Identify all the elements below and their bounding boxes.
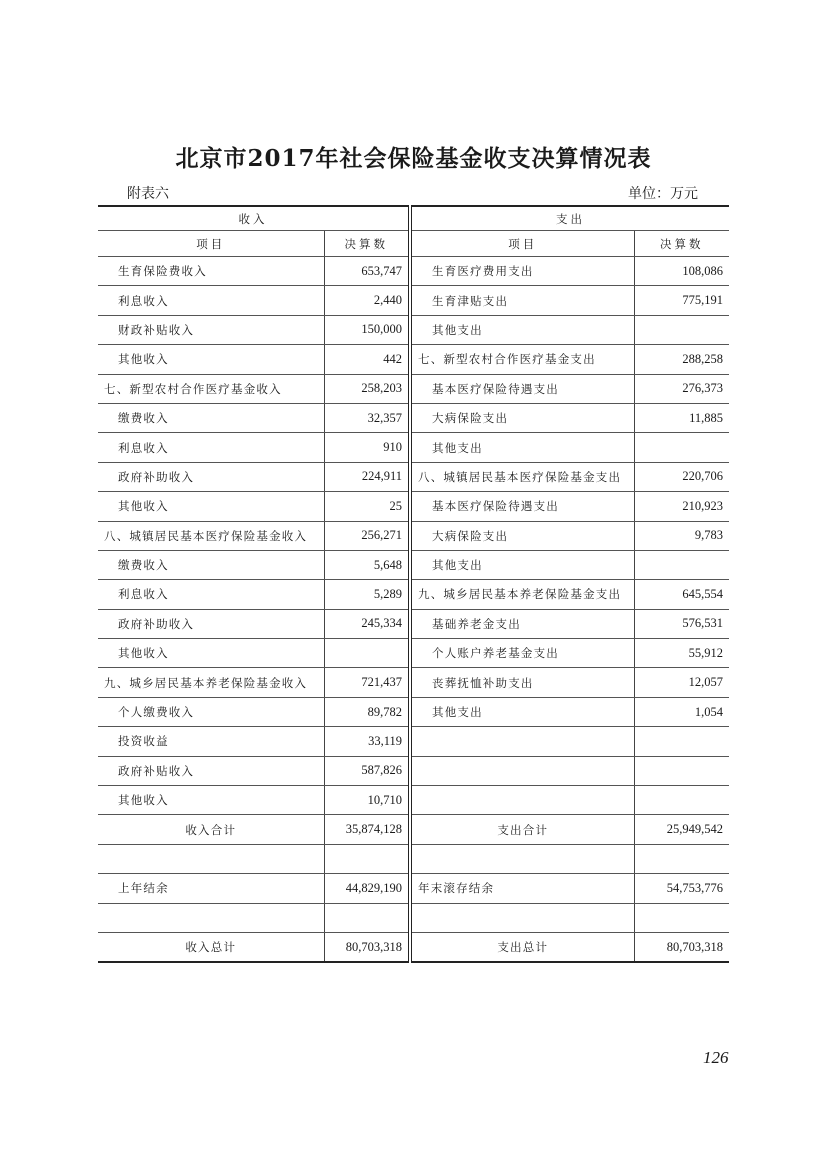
table-row: 政府补贴收入587,826	[98, 756, 729, 785]
page-number: 126	[703, 1048, 729, 1068]
income-item: 个人缴费收入	[98, 697, 324, 726]
table-row: 缴费收入5,648其他支出	[98, 550, 729, 579]
expense-item: 个人账户养老基金支出	[410, 639, 634, 668]
income-amount: 2,440	[324, 286, 410, 315]
unit-label: 单位：万元	[628, 183, 698, 203]
expense-item: 其他支出	[410, 697, 634, 726]
expense-amount: 11,885	[634, 403, 729, 432]
expense-item	[410, 727, 634, 756]
income-item: 上年结余	[98, 874, 324, 903]
income-amount: 587,826	[324, 756, 410, 785]
income-header: 收入	[98, 206, 410, 231]
income-item: 七、新型农村合作医疗基金收入	[98, 374, 324, 403]
income-amount: 80,703,318	[324, 932, 410, 962]
table-row: 八、城镇居民基本医疗保险基金收入256,271大病保险支出9,783	[98, 521, 729, 550]
income-amount: 258,203	[324, 374, 410, 403]
expense-item: 基本医疗保险待遇支出	[410, 374, 634, 403]
expense-item	[410, 786, 634, 815]
table-row: 其他收入25基本医疗保险待遇支出210,923	[98, 492, 729, 521]
income-amount	[324, 903, 410, 932]
expense-item	[410, 903, 634, 932]
income-item: 其他收入	[98, 492, 324, 521]
table-row: 上年结余44,829,190年末滚存结余54,753,776	[98, 874, 729, 903]
expense-item: 生育医疗费用支出	[410, 257, 634, 286]
expense-header: 支出	[410, 206, 729, 231]
expense-amount	[634, 315, 729, 344]
expense-item: 七、新型农村合作医疗基金支出	[410, 345, 634, 374]
expense-item	[410, 756, 634, 785]
income-item-header: 项目	[98, 231, 324, 257]
expense-amount: 9,783	[634, 521, 729, 550]
appendix-label: 附表六	[127, 183, 169, 203]
income-amount: 33,119	[324, 727, 410, 756]
fund-table: 收入 支出 项目 决算数 项目 决算数 生育保险费收入653,747生育医疗费用…	[98, 205, 729, 963]
income-amount: 224,911	[324, 462, 410, 491]
expense-amount	[634, 727, 729, 756]
table-row: 收入总计80,703,318支出总计80,703,318	[98, 932, 729, 962]
expense-amount	[634, 903, 729, 932]
expense-item: 支出总计	[410, 932, 634, 962]
income-amount: 89,782	[324, 697, 410, 726]
expense-amount	[634, 844, 729, 873]
expense-amount: 1,054	[634, 697, 729, 726]
expense-amount: 276,373	[634, 374, 729, 403]
income-item	[98, 844, 324, 873]
income-amount: 35,874,128	[324, 815, 410, 844]
expense-amount: 25,949,542	[634, 815, 729, 844]
table-row: 政府补助收入245,334基础养老金支出576,531	[98, 609, 729, 638]
income-amount: 44,829,190	[324, 874, 410, 903]
income-item: 其他收入	[98, 786, 324, 815]
expense-item	[410, 844, 634, 873]
income-amount: 10,710	[324, 786, 410, 815]
expense-item: 其他支出	[410, 433, 634, 462]
expense-amount-header: 决算数	[634, 231, 729, 257]
table-row	[98, 844, 729, 873]
expense-item: 大病保险支出	[410, 403, 634, 432]
expense-item: 年末滚存结余	[410, 874, 634, 903]
income-amount: 5,289	[324, 580, 410, 609]
expense-item: 基础养老金支出	[410, 609, 634, 638]
income-amount: 721,437	[324, 668, 410, 697]
income-item: 政府补助收入	[98, 462, 324, 491]
expense-amount: 775,191	[634, 286, 729, 315]
expense-amount: 80,703,318	[634, 932, 729, 962]
income-amount-header: 决算数	[324, 231, 410, 257]
table-row: 财政补贴收入150,000其他支出	[98, 315, 729, 344]
income-item: 收入总计	[98, 932, 324, 962]
column-header-row: 项目 决算数 项目 决算数	[98, 231, 729, 257]
income-item: 缴费收入	[98, 550, 324, 579]
table-row: 其他收入10,710	[98, 786, 729, 815]
expense-amount: 210,923	[634, 492, 729, 521]
income-item: 利息收入	[98, 433, 324, 462]
section-header-row: 收入 支出	[98, 206, 729, 231]
income-amount: 256,271	[324, 521, 410, 550]
expense-amount: 12,057	[634, 668, 729, 697]
expense-item: 丧葬抚恤补助支出	[410, 668, 634, 697]
expense-item: 支出合计	[410, 815, 634, 844]
expense-amount: 576,531	[634, 609, 729, 638]
expense-item: 八、城镇居民基本医疗保险基金支出	[410, 462, 634, 491]
income-item: 财政补贴收入	[98, 315, 324, 344]
table-row: 其他收入442七、新型农村合作医疗基金支出288,258	[98, 345, 729, 374]
table-row: 生育保险费收入653,747生育医疗费用支出108,086	[98, 257, 729, 286]
expense-amount	[634, 433, 729, 462]
expense-amount: 220,706	[634, 462, 729, 491]
expense-amount: 108,086	[634, 257, 729, 286]
table-row: 七、新型农村合作医疗基金收入258,203基本医疗保险待遇支出276,373	[98, 374, 729, 403]
table-row: 政府补助收入224,911八、城镇居民基本医疗保险基金支出220,706	[98, 462, 729, 491]
income-item: 其他收入	[98, 639, 324, 668]
table-row: 缴费收入32,357大病保险支出11,885	[98, 403, 729, 432]
income-amount	[324, 639, 410, 668]
income-item	[98, 903, 324, 932]
income-amount: 25	[324, 492, 410, 521]
expense-item-header: 项目	[410, 231, 634, 257]
expense-item: 九、城乡居民基本养老保险基金支出	[410, 580, 634, 609]
income-amount: 653,747	[324, 257, 410, 286]
income-item: 投资收益	[98, 727, 324, 756]
income-amount: 910	[324, 433, 410, 462]
expense-amount: 54,753,776	[634, 874, 729, 903]
expense-item: 生育津贴支出	[410, 286, 634, 315]
income-amount: 442	[324, 345, 410, 374]
table-row: 九、城乡居民基本养老保险基金收入721,437丧葬抚恤补助支出12,057	[98, 668, 729, 697]
income-amount	[324, 844, 410, 873]
table-row: 收入合计35,874,128支出合计25,949,542	[98, 815, 729, 844]
document-title: 北京市2017年社会保险基金收支决算情况表	[0, 140, 827, 173]
income-item: 利息收入	[98, 286, 324, 315]
income-item: 政府补助收入	[98, 609, 324, 638]
income-amount: 150,000	[324, 315, 410, 344]
expense-amount: 288,258	[634, 345, 729, 374]
table-row: 投资收益33,119	[98, 727, 729, 756]
expense-item: 其他支出	[410, 550, 634, 579]
expense-item: 其他支出	[410, 315, 634, 344]
expense-amount	[634, 786, 729, 815]
expense-amount	[634, 756, 729, 785]
table-row: 利息收入910其他支出	[98, 433, 729, 462]
expense-amount: 55,912	[634, 639, 729, 668]
expense-item: 基本医疗保险待遇支出	[410, 492, 634, 521]
income-item: 生育保险费收入	[98, 257, 324, 286]
income-item: 利息收入	[98, 580, 324, 609]
expense-amount: 645,554	[634, 580, 729, 609]
table-row: 利息收入5,289九、城乡居民基本养老保险基金支出645,554	[98, 580, 729, 609]
income-amount: 245,334	[324, 609, 410, 638]
expense-amount	[634, 550, 729, 579]
table-row: 其他收入个人账户养老基金支出55,912	[98, 639, 729, 668]
table-row	[98, 903, 729, 932]
table-row: 个人缴费收入89,782其他支出1,054	[98, 697, 729, 726]
income-amount: 32,357	[324, 403, 410, 432]
income-item: 缴费收入	[98, 403, 324, 432]
income-item: 八、城镇居民基本医疗保险基金收入	[98, 521, 324, 550]
income-item: 九、城乡居民基本养老保险基金收入	[98, 668, 324, 697]
expense-item: 大病保险支出	[410, 521, 634, 550]
income-item: 其他收入	[98, 345, 324, 374]
income-item: 收入合计	[98, 815, 324, 844]
table-row: 利息收入2,440生育津贴支出775,191	[98, 286, 729, 315]
income-amount: 5,648	[324, 550, 410, 579]
income-item: 政府补贴收入	[98, 756, 324, 785]
